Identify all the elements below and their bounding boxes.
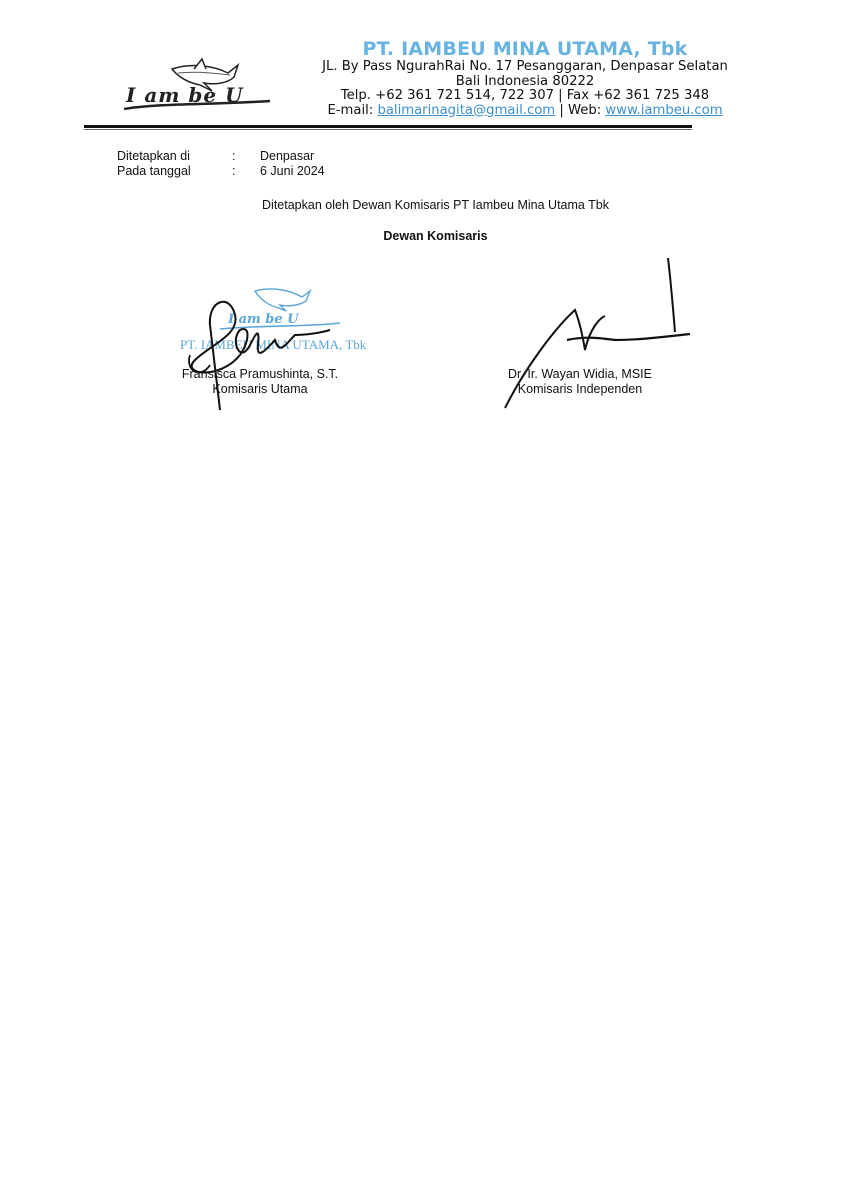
signatory-2: Dr. Ir. Wayan Widia, MSIE Komisaris Inde… — [470, 367, 690, 397]
web-label: | Web: — [559, 103, 601, 118]
date-separator: : — [232, 164, 260, 179]
decree-meta: Ditetapkan di : Denpasar Pada tanggal : … — [117, 149, 325, 179]
signatory-1-name: Fransisca Pramushinta, S.T. — [160, 367, 360, 382]
company-header: PT. IAMBEU MINA UTAMA, Tbk JL. By Pass N… — [290, 38, 760, 118]
contact-line: E-mail: balimarinagita@gmail.com | Web: … — [290, 104, 760, 119]
intro-text: Ditetapkan oleh Dewan Komisaris PT Iambe… — [0, 198, 849, 212]
address-line-1: JL. By Pass NgurahRai No. 17 Pesanggaran… — [290, 60, 760, 75]
address-line-2: Bali Indonesia 80222 — [290, 75, 760, 90]
signatory-1-title: Komisaris Utama — [160, 382, 360, 397]
logo-text: I am be U — [126, 83, 244, 107]
place-value: Denpasar — [260, 149, 314, 164]
phone-line: Telp. +62 361 721 514, 722 307 | Fax +62… — [290, 89, 760, 104]
header-divider-thin — [84, 129, 692, 130]
place-row: Ditetapkan di : Denpasar — [117, 149, 325, 164]
board-title: Dewan Komisaris — [0, 229, 849, 243]
place-label: Ditetapkan di — [117, 149, 232, 164]
signatory-1: Fransisca Pramushinta, S.T. Komisaris Ut… — [160, 367, 360, 397]
date-row: Pada tanggal : 6 Juni 2024 — [117, 164, 325, 179]
place-separator: : — [232, 149, 260, 164]
header-divider — [84, 125, 692, 128]
company-name: PT. IAMBEU MINA UTAMA, Tbk — [290, 38, 760, 60]
signatory-2-title: Komisaris Independen — [470, 382, 690, 397]
date-value: 6 Juni 2024 — [260, 164, 325, 179]
date-label: Pada tanggal — [117, 164, 232, 179]
email-label: E-mail: — [327, 103, 373, 118]
email-link[interactable]: balimarinagita@gmail.com — [377, 103, 555, 118]
company-logo: I am be U — [120, 55, 280, 115]
web-link[interactable]: www.iambeu.com — [605, 103, 722, 118]
signatory-2-name: Dr. Ir. Wayan Widia, MSIE — [470, 367, 690, 382]
